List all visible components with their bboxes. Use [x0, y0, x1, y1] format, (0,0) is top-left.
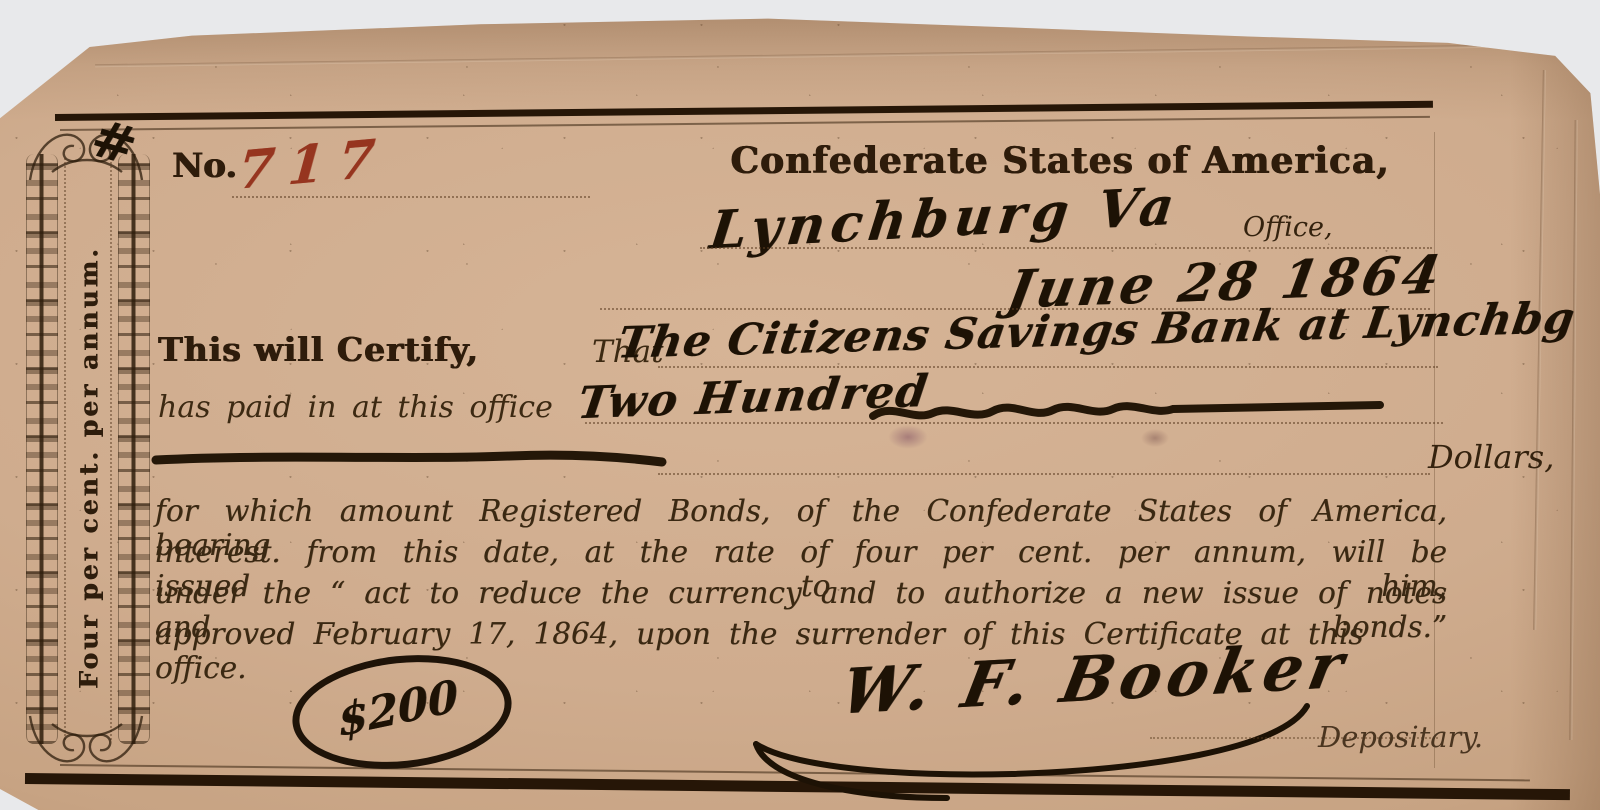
number-label: No.: [172, 146, 237, 186]
signatory-title: Depositary.: [1318, 720, 1483, 754]
amount-strike-squiggle: [868, 396, 1388, 426]
certify-label: This will Certify,: [158, 330, 479, 369]
paper-right-shading: [1510, 0, 1600, 810]
border-dotted-left: [64, 158, 66, 740]
number-fill-line: [232, 196, 590, 198]
amount-figure-handwritten: $200: [336, 670, 459, 747]
certificate-paper: Four per cent. per annum. # No. 717 Conf…: [0, 0, 1600, 810]
office-label: Office,: [1243, 212, 1333, 243]
border-chain-left: [26, 154, 58, 744]
signature-flourish: [742, 698, 1322, 808]
border-chain-right: [118, 154, 150, 744]
border-dotted-right: [110, 158, 112, 740]
left-border-text: Four per cent. per annum.: [72, 188, 106, 748]
paid-label: has paid in at this office: [158, 390, 553, 425]
dollars-strike-squiggle: [150, 446, 670, 472]
number-value: 717: [236, 127, 391, 202]
dollars-fill-line: [658, 473, 1430, 475]
border-corner-ornament-bottom: [22, 710, 152, 774]
ink-stain-brown: [1135, 425, 1175, 451]
scan-background: Four per cent. per annum. # No. 717 Conf…: [0, 0, 1600, 810]
payer-fill-line: [658, 366, 1438, 368]
left-ornamental-border: Four per cent. per annum.: [22, 128, 152, 770]
dollars-label: Dollars,: [1428, 438, 1554, 476]
certificate-title: Confederate States of America,: [690, 140, 1430, 182]
